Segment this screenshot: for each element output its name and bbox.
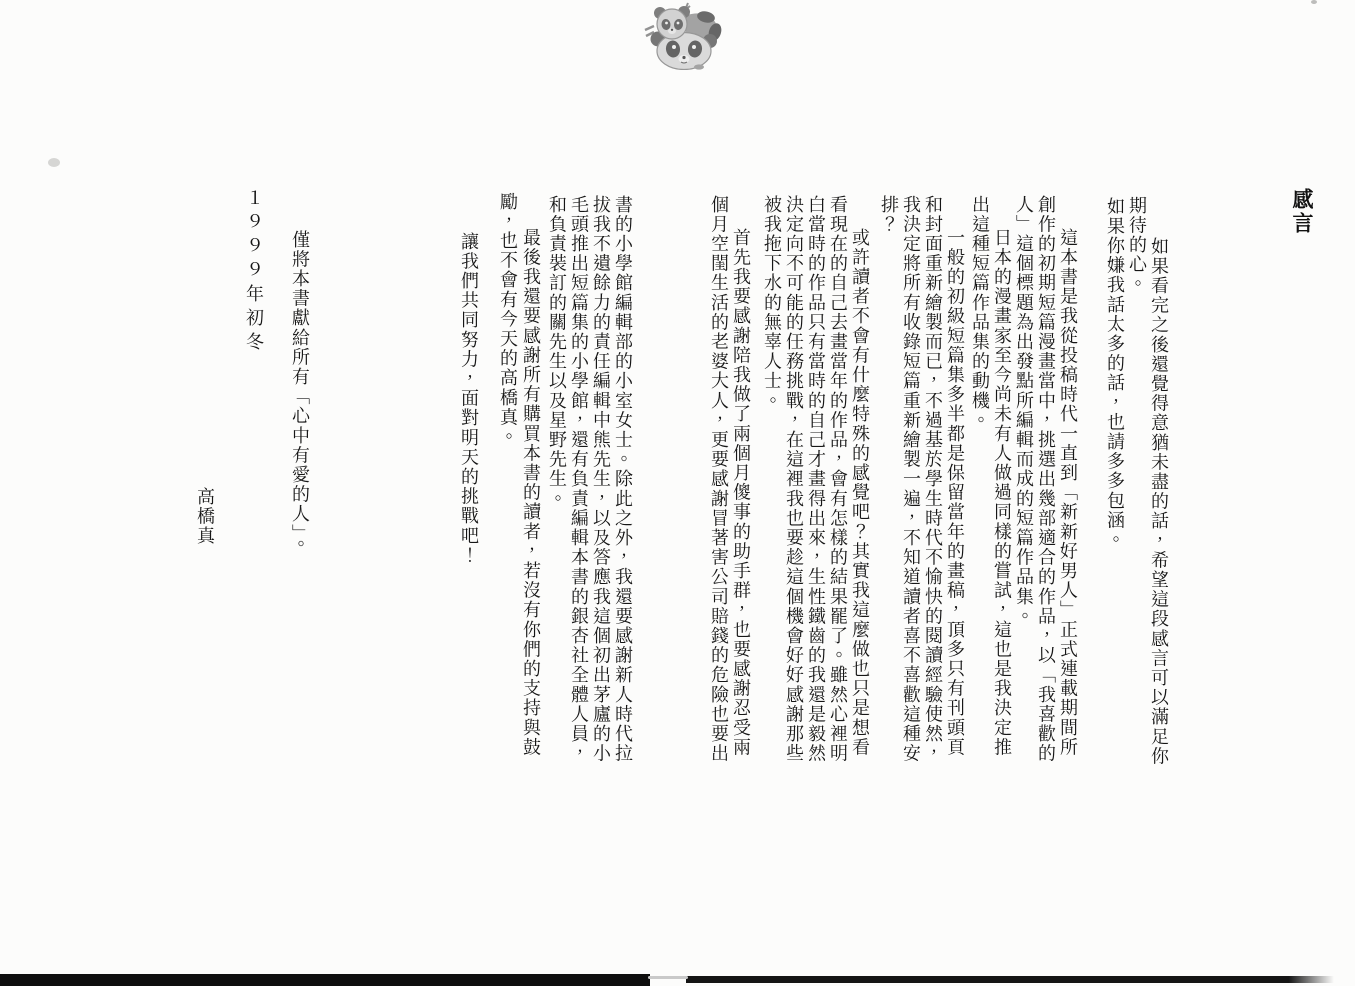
text-column: 一般的初級短篇集多半都是保留當年的畫稿，頂多只有刊頭頁 [944,228,966,757]
text-column: 白當時的作品只有當時的自己才畫得出來，生性鐵齒的我還是毅然 [805,195,827,763]
text-column: 這本書是我從投稿時代一直到「新新好男人」正式連載期間所 [1057,228,1079,757]
panda-logo-icon [640,2,728,70]
text-column: 最後我還要感謝所有購買本書的讀者，若沒有你們的支持與鼓 [520,228,542,757]
text-column: 排？ [878,195,900,234]
scan-bar-bottom-left [0,974,650,986]
scan-bar-bottom-right [686,976,1334,983]
text-column: 決定向不可能的任務挑戰，在這裡我也要趁這個機會好好感謝那些 [783,195,805,763]
date-line: １９９９年初冬 [243,188,265,356]
text-column: 人」這個標題為出發點所編輯而成的短篇作品集。 [1013,195,1035,626]
text-column: 我決定將所有收錄短篇重新繪製一遍，不知道讀者喜不喜歡這種安 [900,195,922,763]
text-column: 毛頭推出短篇集的小學館，還有負責編輯本書的銀杏社全體人員， [568,195,590,763]
text-column: 期待的心。 [1126,196,1148,294]
text-column: 創作的初期短篇漫畫當中，挑選出幾部適合的作品，以「我喜歡的 [1035,195,1057,763]
text-column: 出這種短篇作品集的動機。 [969,195,991,430]
page-title: 感言 [1291,188,1313,236]
panda-logo [640,2,728,70]
scan-smudge [648,976,688,979]
closing-line: 讓我們共同努力，面對明天的挑戰吧！ [458,232,480,565]
text-column: 個月空閨生活的老婆大人，更要感謝冒著害公司賠錢的危險也要出 [708,195,730,763]
text-column: 勵，也不會有今天的高橋真。 [497,192,519,447]
text-column: 或許讀者不會有什麼特殊的感覺吧？其實我這麼做也只是想看 [849,228,871,757]
text-column: 如果看完之後還覺得意猶未盡的話，希望這段感言可以滿足你 [1148,237,1170,766]
scan-speck [1311,0,1317,4]
text-column: 看現在的自己去畫當年的作品，會有怎樣的結果罷了。雖然心裡明 [827,195,849,763]
text-column: 書的小學館編輯部的小室女士。除此之外，我還要感謝新人時代拉 [612,195,634,763]
text-column: 如果你嫌我話太多的話，也請多多包涵。 [1104,197,1126,550]
text-column: 被我拖下水的無辜人士。 [761,195,783,411]
text-column: 首先我要感謝陪我做了兩個月傻事的助手群，也要感謝忍受兩 [730,228,752,757]
dedication-line: 僅將本書獻給所有「心中有愛的人」。 [289,230,311,554]
text-column: 拔我不遺餘力的責任編輯中熊先生，以及答應我這個初出茅廬的小 [590,195,612,763]
scan-speck [48,158,60,167]
scanned-afterword-page: 感言 如果看完之後還覺得意猶未盡的話，希望這段感言可以滿足你 期待的心。 如果你… [0,0,1355,986]
author-signature: 高橋真 [194,487,216,546]
text-column: 日本的漫畫家至今尚未有人做過同樣的嘗試，這也是我決定推 [991,228,1013,757]
text-column: 和封面重新繪製而已，不過基於學生時代不愉快的閱讀經驗使然， [922,195,944,763]
text-column: 和負責裝訂的關先生以及星野先生。 [546,195,568,509]
